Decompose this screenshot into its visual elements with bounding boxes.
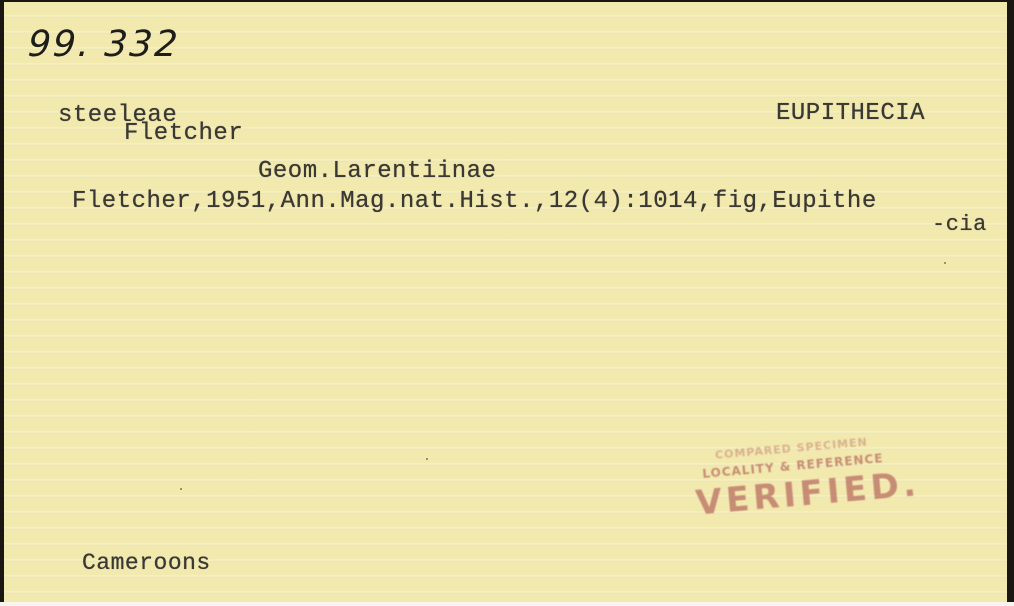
paper-speck xyxy=(944,262,946,264)
reference-citation: Fletcher,1951,Ann.Mag.nat.Hist.,12(4):10… xyxy=(72,188,877,215)
accession-number: 99. 332 xyxy=(27,24,181,65)
genus-name: EUPITHECIA xyxy=(776,100,925,127)
index-card: 99. 332 steeleae Fletcher EUPITHECIA Geo… xyxy=(4,2,1007,602)
species-author: Fletcher xyxy=(124,120,243,147)
paper-speck xyxy=(180,488,182,490)
classification: Geom.Larentiinae xyxy=(258,158,496,185)
reference-continuation: -cia xyxy=(932,212,987,237)
locality: Cameroons xyxy=(82,550,211,576)
card-bottom-edge xyxy=(0,602,1014,606)
verified-stamp: COMPARED SPECIMEN LOCALITY & REFERENCE V… xyxy=(691,433,897,523)
paper-speck xyxy=(426,458,428,460)
